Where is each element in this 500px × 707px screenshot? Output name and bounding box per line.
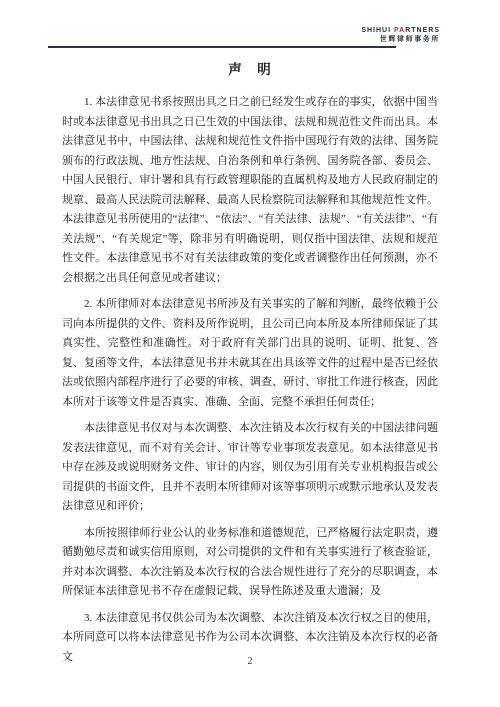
document-body: 声 明 1. 本法律意见书系按照出具之日之前已经发生或存在的事实，依据中国当时或… bbox=[62, 58, 438, 674]
page-number: 2 bbox=[0, 656, 500, 667]
declaration-paragraph-1: 1. 本法律意见书系按照出具之日之前已经发生或存在的事实，依据中国当时或本法律意… bbox=[62, 93, 438, 288]
declaration-paragraph-2: 2. 本所律师对本法律意见书所涉及有关事实的了解和判断，最终依赖于公司向本所提供… bbox=[62, 295, 438, 412]
firm-logo: SHIHUI PARTNERS 世辉律师事务所 bbox=[361, 27, 440, 43]
document-page: SHIHUI PARTNERS 世辉律师事务所 声 明 1. 本法律意见书系按照… bbox=[0, 0, 500, 707]
firm-logo-english: SHIHUI PARTNERS bbox=[361, 27, 440, 35]
firm-logo-rest: RTNERS bbox=[405, 27, 440, 34]
firm-logo-word1: SHIHUI bbox=[361, 27, 391, 34]
firm-logo-chinese: 世辉律师事务所 bbox=[361, 36, 440, 44]
firm-logo-accent: PA bbox=[394, 27, 405, 34]
declaration-paragraph-3: 本法律意见书仅对与本次调整、本次注销及本次行权有关的中国法律问题发表法律意见，而… bbox=[62, 419, 438, 517]
page-title: 声 明 bbox=[62, 58, 438, 78]
firm-logo-word2: PARTNERS bbox=[394, 27, 440, 34]
header-divider-line bbox=[48, 46, 396, 48]
declaration-paragraph-4: 本所按照律师行业公认的业务标准和道德规范，已严格履行法定职责，遵循勤勉尽责和诚实… bbox=[62, 524, 438, 602]
